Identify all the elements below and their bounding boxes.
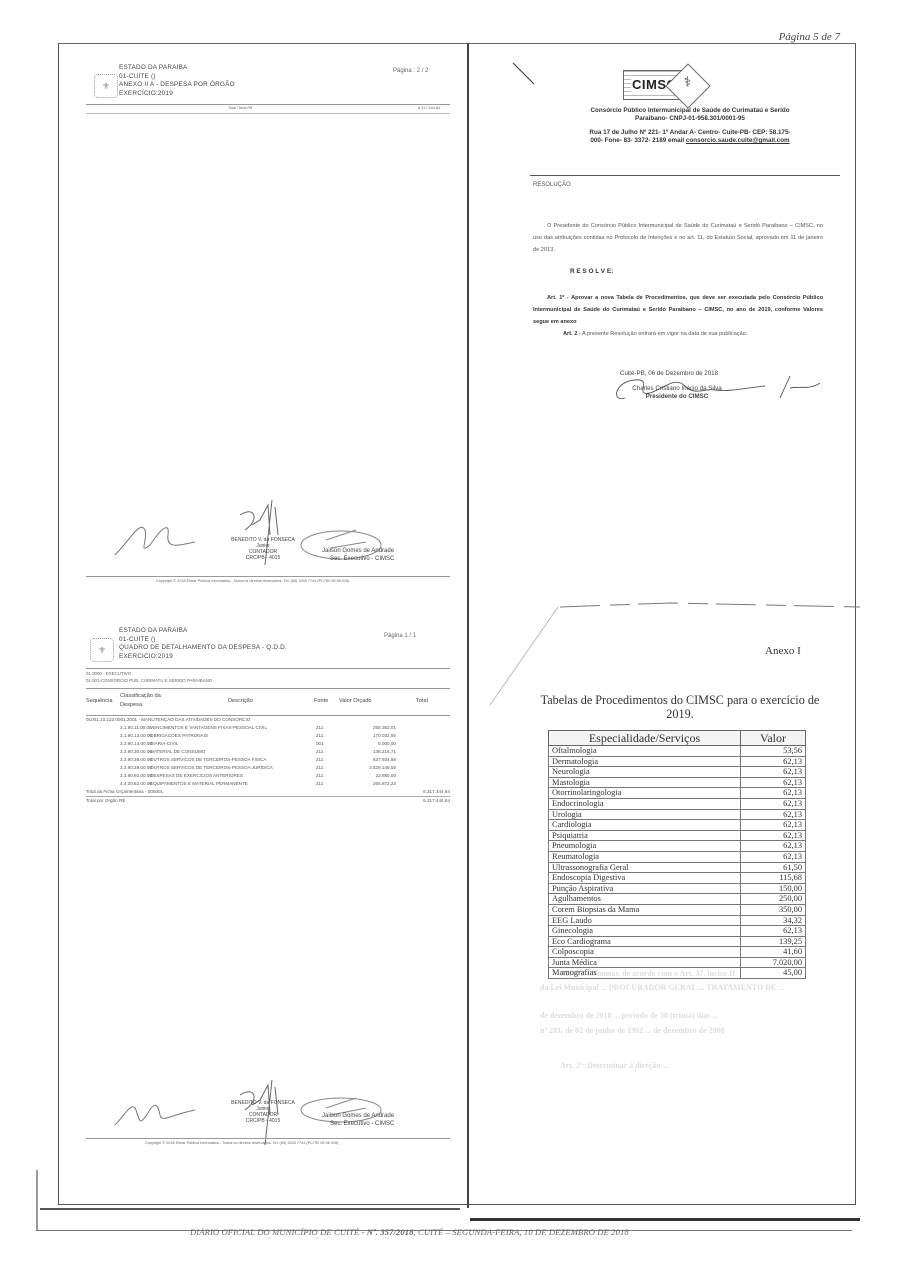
service-name: Urologia <box>549 809 741 820</box>
cell-valor: 136.216,71 <box>348 748 396 756</box>
service-value: 53,56 <box>741 746 806 757</box>
cell-classificacao: 3.3.90.39.00.00 <box>120 764 152 772</box>
service-name: Ultrassonografia Geral <box>549 862 741 873</box>
report-page-number: Página 1 / 1 <box>384 633 416 639</box>
table-row: EEG Laudo34,32 <box>549 915 806 926</box>
qdd-table-header: Sequência Classificação da Despesa Descr… <box>86 688 450 716</box>
cell-fonte: 211 <box>316 748 323 756</box>
service-value: 62,13 <box>741 756 806 767</box>
rule <box>86 668 450 669</box>
copyright: Copyright © 2018 Elmar Pública Informáti… <box>156 579 349 583</box>
signature-scribble-icon <box>110 1085 200 1130</box>
org-address: Rua 17 de Julho Nº 221- 1º Andar A- Cent… <box>530 129 850 145</box>
table-row: Endocrinologia62,13 <box>549 798 806 809</box>
service-value: 62,13 <box>741 809 806 820</box>
paraiba-crest-icon: ⚜ <box>90 638 114 662</box>
qdd-table-row: 3.1.90.13.00.00OBRIGACOES PATRONAIS21117… <box>86 732 450 740</box>
qdd-table-row: 4.4.20.52.00.00EQUIPAMENTOS E MATERIAL P… <box>86 780 450 788</box>
service-value: 34,32 <box>741 915 806 926</box>
cell-fonte: 001 <box>316 740 324 748</box>
unit-line: 01.001-CONSORCIO PUB. CURIMATU E SERIDO … <box>86 678 212 683</box>
cell-classificacao: 3.3.90.14.00.00 <box>120 740 152 748</box>
table-row: Ginecologia62,13 <box>549 926 806 937</box>
page-edge <box>36 1170 38 1230</box>
service-name: Dermatologia <box>549 756 741 767</box>
cell-descricao: OUTROS SERVICOS DE TERCEIROS-PESSOA JURI… <box>150 764 273 772</box>
cell-fonte: 211 <box>316 764 323 772</box>
bleed-through-text: da Lei Municipal ... PROCURADOR GERAL ..… <box>540 982 784 994</box>
table-row: Cardiologia62,13 <box>549 820 806 831</box>
cell-valor: 5.000,00 <box>348 740 396 748</box>
bleed-through-text: nº 281, de 02 de junho de 1992 ... de de… <box>540 1025 725 1037</box>
cell-descricao: DIARIA-CIVIL <box>150 740 178 748</box>
cell-classificacao: 3.1.90.13.00.00 <box>120 732 152 740</box>
signature-scribble-icon <box>110 500 200 560</box>
qdd-table-row: 3.3.90.36.00.00OUTROS SERVICOS DE TERCEI… <box>86 756 450 764</box>
service-value: 62,13 <box>741 820 806 831</box>
service-name: Junta Médica <box>549 957 741 968</box>
email-link[interactable]: consorcio.saude.cuite@gmail.com <box>686 137 790 144</box>
table-row: Urologia62,13 <box>549 809 806 820</box>
service-value: 62,13 <box>741 777 806 788</box>
service-value: 62,13 <box>741 841 806 852</box>
service-name: Cardiologia <box>549 820 741 831</box>
table-row: Mamografias45,00 <box>549 968 806 979</box>
procedures-table: Especialidade/Serviços Valor Oftalmologi… <box>548 730 806 979</box>
cell-descricao: OBRIGACOES PATRONAIS <box>150 732 208 740</box>
orgao-total-row: Total por Orgão R$ 6.317.444,64 <box>86 796 450 805</box>
service-value: 115,68 <box>741 873 806 884</box>
service-value: 41,60 <box>741 947 806 958</box>
cell-descricao: VENCIMENTOS E VANTAGENS FIXAS-PESSOAL CI… <box>150 724 267 732</box>
qdd-table-row: 3.3.90.30.00.00MATERIAL DE CONSUMO211136… <box>86 748 450 756</box>
table-row: Dermatologia62,13 <box>549 756 806 767</box>
table-row: Punção Aspirativa150,00 <box>549 883 806 894</box>
org-name: Consórcio Público Intermunicipal de Saúd… <box>530 107 850 123</box>
qdd-table-row: 3.3.90.92.00.00DESPESAS DE EXERCICIOS AN… <box>86 772 450 780</box>
service-value: 62,13 <box>741 798 806 809</box>
copyright: Copyright © 2018 Elmar Pública Informáti… <box>145 1141 338 1145</box>
qdd-table-row: 3.1.90.11.00.00VENCIMENTOS E VANTAGENS F… <box>86 724 450 732</box>
cell-valor: 265.872,23 <box>348 780 396 788</box>
table-row: Ultrassonografia Geral61,50 <box>549 862 806 873</box>
service-value: 62,13 <box>741 767 806 778</box>
service-name: Agulhamentos <box>549 894 741 905</box>
service-name: Oftalmologia <box>549 746 741 757</box>
service-value: 61,50 <box>741 862 806 873</box>
table-row: Corem Biopsias da Mama350,00 <box>549 904 806 915</box>
qdd-table-row: 3.3.90.14.00.00DIARIA-CIVIL0015.000,00 <box>86 740 450 748</box>
service-value: 7.020,00 <box>741 957 806 968</box>
service-value: 150,00 <box>741 883 806 894</box>
table-row: Psiquiatria62,13 <box>549 830 806 841</box>
report-page-number: Página : 2 / 2 <box>393 68 428 74</box>
ficha-total-row: Total da Ficha Orçamentária - 000001 6.3… <box>86 788 450 796</box>
gazette-footer: DIÁRIO OFICIAL DO MUNICÍPIO DE CUITÉ - N… <box>190 1227 629 1237</box>
service-name: Ginecologia <box>549 926 741 937</box>
exec-block: Jailson Gomes de Andrade Sec. Executivo … <box>322 547 394 563</box>
pen-mark <box>510 60 540 90</box>
table-row: Reumatologia62,13 <box>549 851 806 862</box>
contador-block: BENEDITO V. da FONSECA Junior CONTADOR C… <box>228 537 298 561</box>
rule <box>86 104 450 105</box>
column-header: Especialidade/Serviços <box>549 731 741 746</box>
cell-classificacao: 4.4.20.52.00.00 <box>120 780 152 788</box>
rule <box>86 113 450 114</box>
service-name: Corem Biopsias da Mama <box>549 904 741 915</box>
column-divider <box>467 43 469 1208</box>
cell-fonte: 211 <box>316 780 323 788</box>
cell-valor: 3.829.145,55 <box>348 764 396 772</box>
qdd-table: Sequência Classificação da Despesa Descr… <box>86 688 450 805</box>
cell-classificacao: 3.3.90.36.00.00 <box>120 756 152 764</box>
signer-block: Charles Cristiano Inácio da Silva Presid… <box>622 385 732 401</box>
table-row: Pneumologia62,13 <box>549 841 806 852</box>
cell-fonte: 211 <box>316 732 323 740</box>
service-name: Colposcopia <box>549 947 741 958</box>
page-edge <box>40 1208 460 1210</box>
service-name: Reumatologia <box>549 851 741 862</box>
cell-valor: 170.032,56 <box>348 732 396 740</box>
bleed-through-text: Art. 2º: Determinar à direção ... <box>560 1060 668 1072</box>
service-value: 45,00 <box>741 968 806 979</box>
bleed-through-text: de dezembro de 2018 ... período de 30 (t… <box>540 1010 719 1022</box>
unit-line: 01.0000 - EXECUTIVO <box>86 671 131 676</box>
rule <box>530 175 840 176</box>
report-header: ESTADO DA PARAIBA 01-CUITE () ANEXO II A… <box>119 64 235 98</box>
cell-fonte: 211 <box>316 724 323 732</box>
service-value: 350,00 <box>741 904 806 915</box>
procedures-table-body: Oftalmologia53,56Dermatologia62,13Neurol… <box>549 746 806 979</box>
service-name: EEG Laudo <box>549 915 741 926</box>
service-name: Eco Cardiograma <box>549 936 741 947</box>
service-name: Mamografias <box>549 968 741 979</box>
table-row: Otorrinolaringologia62,13 <box>549 788 806 799</box>
article-2: Art. 2 - A presente Resolução entrará em… <box>533 328 823 340</box>
annex-label: Anexo I <box>765 645 801 657</box>
rule <box>86 576 450 577</box>
procedures-table-header: Especialidade/Serviços Valor <box>549 731 806 746</box>
paraiba-crest-icon: ⚜ <box>94 74 118 98</box>
service-name: Endoscopia Digestiva <box>549 873 741 884</box>
total-value: 6.317.444,64 <box>418 106 440 110</box>
article-1: Art. 1º - Aprovar a nova Tabela de Proce… <box>533 292 823 328</box>
service-name: Otorrinolaringologia <box>549 788 741 799</box>
resolution-intro: O Presidente do Consórcio Público Interm… <box>533 220 823 256</box>
table-row: Eco Cardiograma139,25 <box>549 936 806 947</box>
service-name: Neurologia <box>549 767 741 778</box>
table-row: Endoscopia Digestiva115,68 <box>549 873 806 884</box>
service-value: 62,13 <box>741 851 806 862</box>
service-name: Punção Aspirativa <box>549 883 741 894</box>
exec-block: Jailson Gomes de Andrade Sec. Executivo … <box>322 1112 394 1128</box>
qdd-rows: 3.1.90.11.00.00VENCIMENTOS E VANTAGENS F… <box>86 724 450 788</box>
service-name: Endocrinologia <box>549 798 741 809</box>
cell-valor: 255.363,01 <box>348 724 396 732</box>
table-row: Neurologia62,13 <box>549 767 806 778</box>
total-label: Total Geral R$ <box>228 106 252 110</box>
service-value: 62,13 <box>741 788 806 799</box>
annex-title: Tabelas de Procedimentos do CIMSC para o… <box>540 693 820 721</box>
cell-fonte: 211 <box>316 756 323 764</box>
page-indicator: Página 5 de 7 <box>779 31 840 43</box>
cell-descricao: OUTROS SERVICOS DE TERCEIROS-PESSOA FISI… <box>150 756 267 764</box>
contador-block: BENEDITO V. da FONSECA Junior CONTADOR C… <box>228 1100 298 1124</box>
service-name: Psiquiatria <box>549 830 741 841</box>
table-row: Junta Médica7.020,00 <box>549 957 806 968</box>
cell-descricao: MATERIAL DE CONSUMO <box>150 748 205 756</box>
cell-classificacao: 3.1.90.11.00.00 <box>120 724 152 732</box>
cell-fonte: 211 <box>316 772 323 780</box>
rule <box>86 1138 450 1139</box>
cell-valor: 637.934,58 <box>348 756 396 764</box>
table-row: Colposcopia41,60 <box>549 947 806 958</box>
program-line: 01001.10.122.0001.2001 - MANUTENÇÃO DAS … <box>86 716 450 724</box>
column-header: Valor <box>741 731 806 746</box>
report-header: ESTADO DA PARAIBA 01-CUITE () QUADRO DE … <box>119 627 287 661</box>
qdd-table-row: 3.3.90.39.00.00OUTROS SERVICOS DE TERCEI… <box>86 764 450 772</box>
service-value: 250,00 <box>741 894 806 905</box>
service-name: Pneumologia <box>549 841 741 852</box>
cell-descricao: EQUIPAMENTOS E MATERIAL PERMANENTE <box>150 780 248 788</box>
cell-valor: 22.880,00 <box>348 772 396 780</box>
service-name: Mastologia <box>549 777 741 788</box>
service-value: 139,25 <box>741 936 806 947</box>
cell-classificacao: 3.3.90.30.00.00 <box>120 748 152 756</box>
cell-classificacao: 3.3.90.92.00.00 <box>120 772 152 780</box>
table-row: Mastologia62,13 <box>549 777 806 788</box>
service-value: 62,13 <box>741 926 806 937</box>
resolve-heading: R E S O L V E: <box>570 266 613 278</box>
cell-descricao: DESPESAS DE EXERCICIOS ANTERIORES <box>150 772 243 780</box>
service-value: 62,13 <box>741 830 806 841</box>
section-title: RESOLUÇÃO <box>533 179 571 191</box>
page-edge <box>470 1218 860 1221</box>
table-row: Oftalmologia53,56 <box>549 746 806 757</box>
table-row: Agulhamentos250,00 <box>549 894 806 905</box>
